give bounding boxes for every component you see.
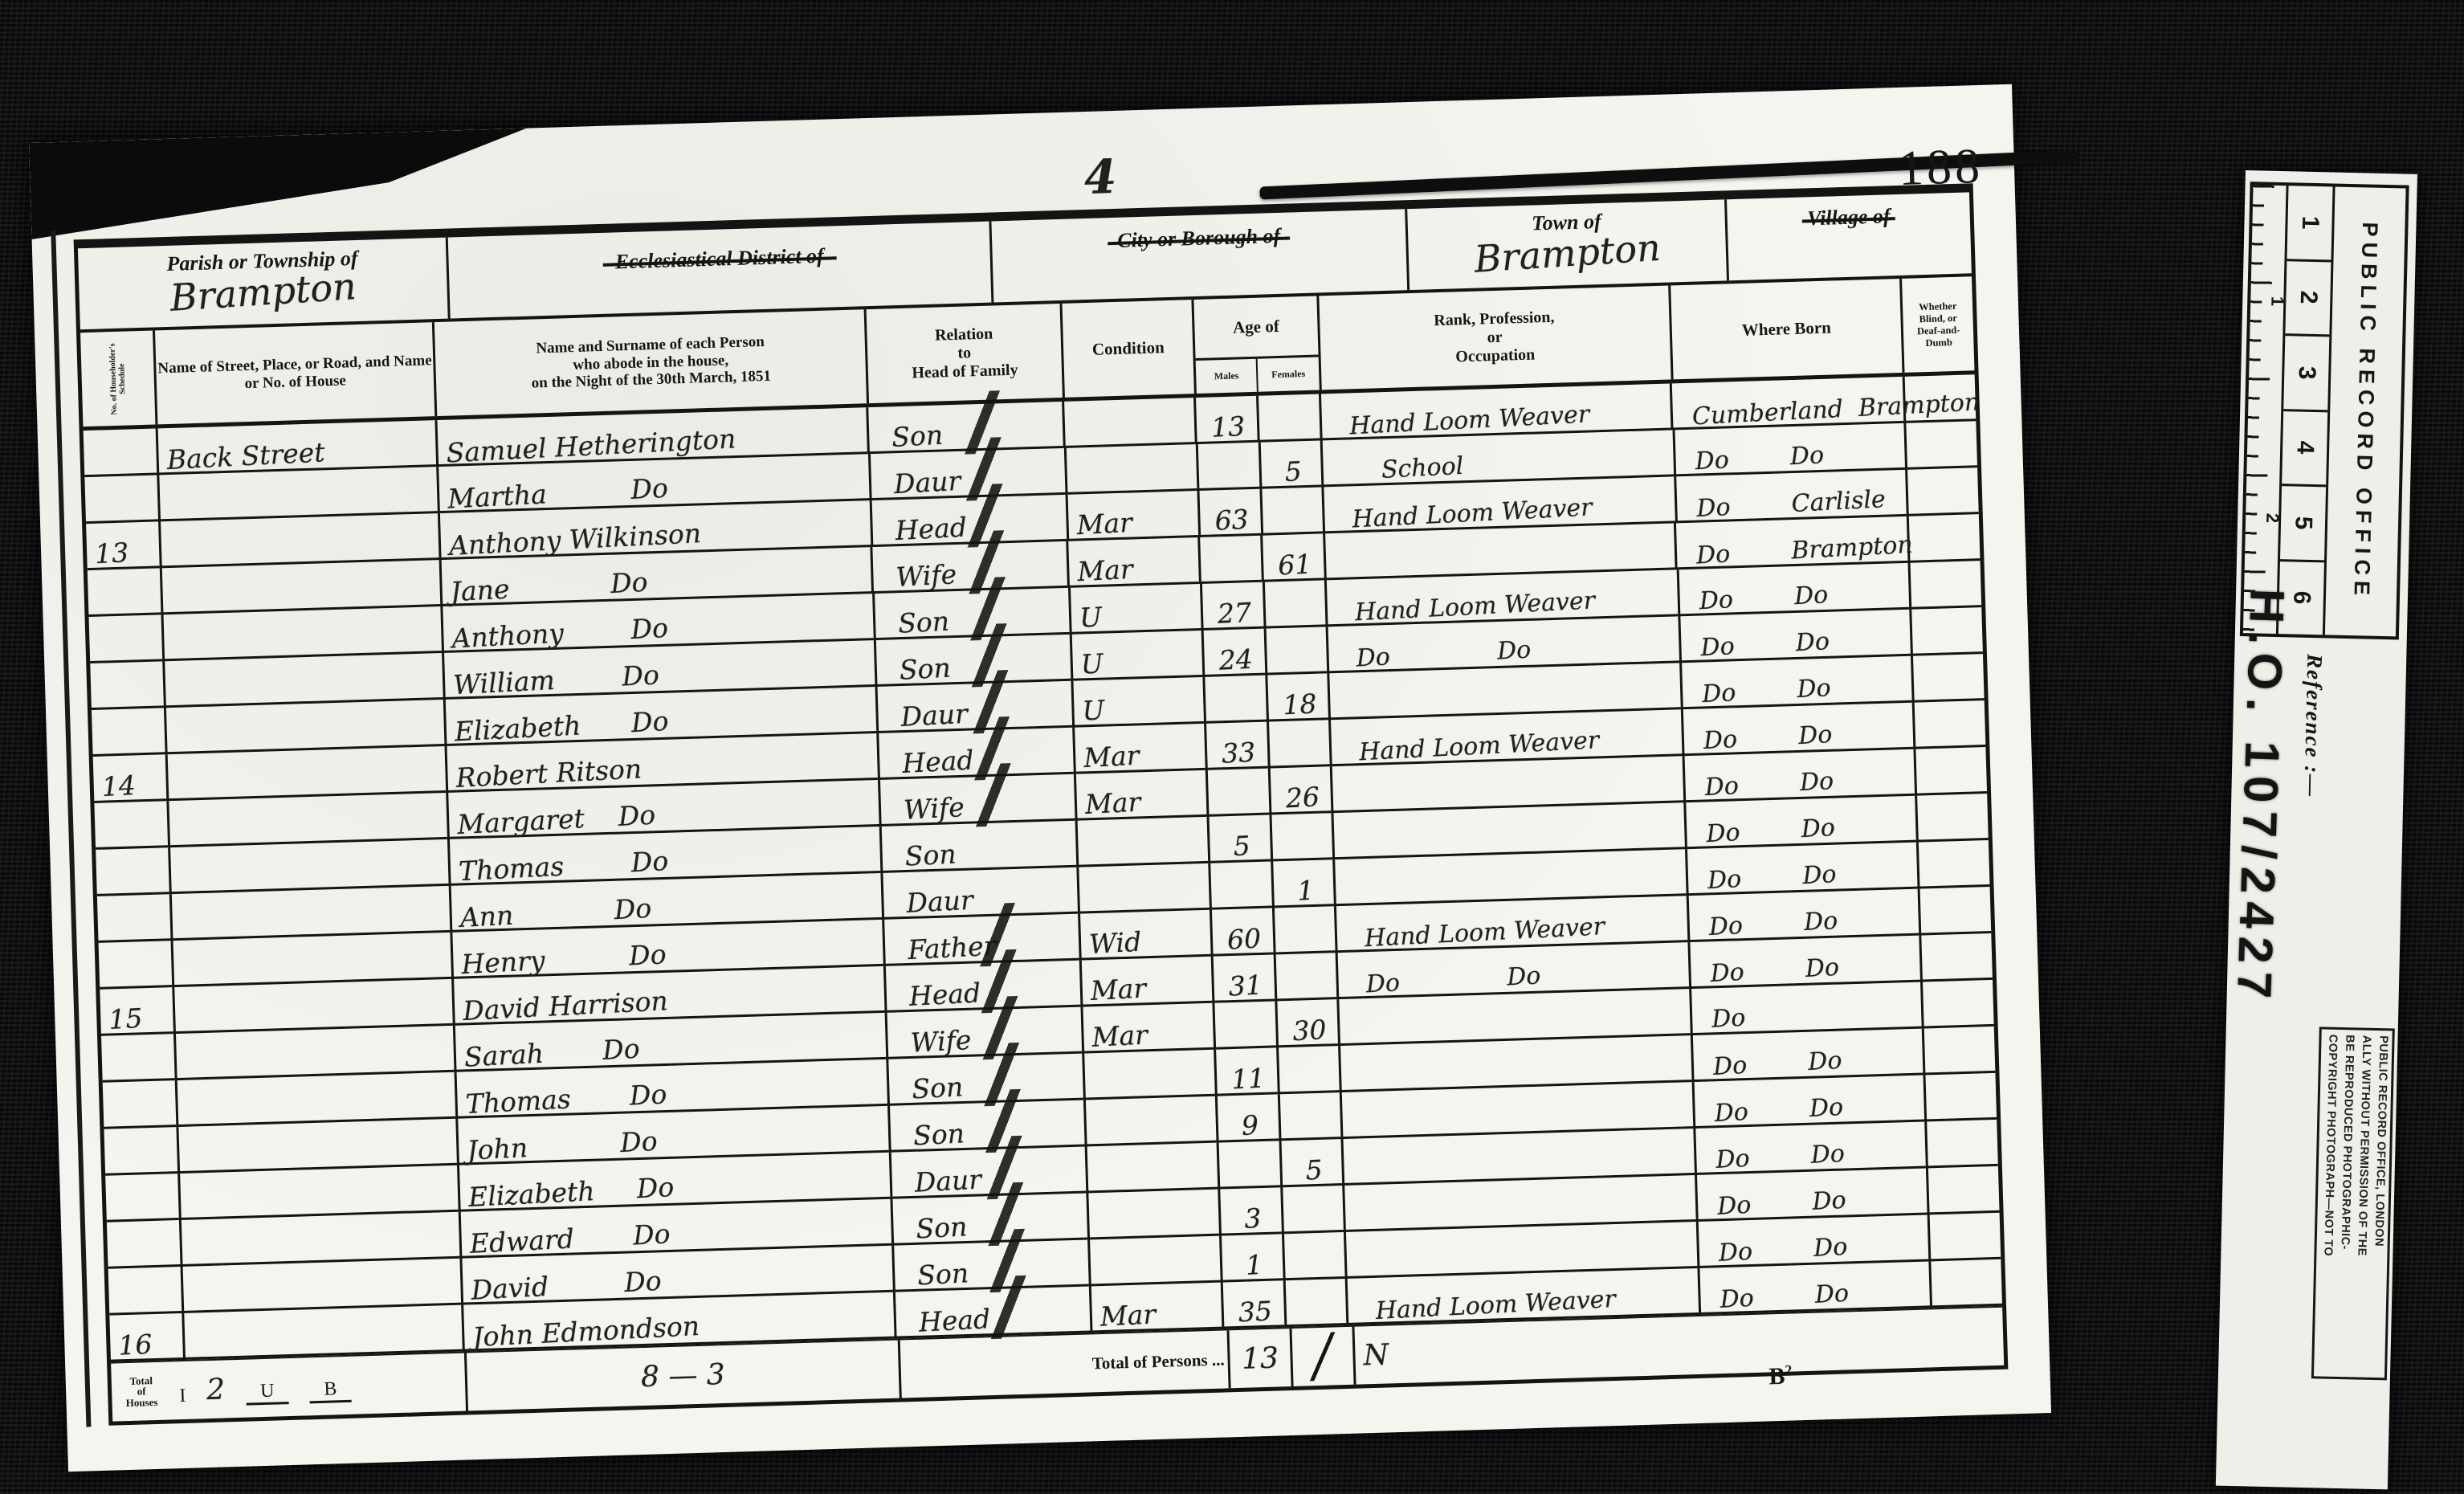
where-born: Do Do (1699, 583, 1829, 614)
col-age-subheaders: Males Females (1196, 354, 1320, 393)
where-born: Do (1711, 1006, 1746, 1032)
marital-condition: Mar (1083, 742, 1140, 771)
person-name: Henry Do (461, 941, 667, 978)
ecclesiastical-label: Ecclesiastical District of (448, 239, 990, 280)
relation-to-head: Son (899, 655, 951, 684)
where-born: Do Do (1699, 630, 1830, 660)
age-female: 5 (1304, 1157, 1323, 1184)
where-born: Do Do (1703, 723, 1833, 753)
age-male: 5 (1233, 832, 1251, 859)
marital-condition: Mar (1077, 556, 1134, 585)
person-name: Robert Ritson (455, 755, 643, 791)
reference-label: Reference :— (2299, 654, 2327, 798)
age-male: 13 (1211, 413, 1246, 441)
village-cell: Village of (1724, 192, 1972, 280)
age-male: 33 (1222, 739, 1257, 767)
town-cell: Town of Brampton (1405, 199, 1727, 290)
age-female: 18 (1283, 690, 1318, 718)
where-born: Do Do (1719, 1282, 1849, 1312)
marital-condition: Mar (1084, 789, 1141, 818)
parish-cell: Parish or Township of Brampton (78, 238, 448, 330)
person-name: Ann Do (459, 895, 652, 931)
total-houses-label: Total of Houses (115, 1374, 169, 1409)
person-name: Edward Do (469, 1220, 671, 1257)
relation-to-head: Wife (903, 794, 965, 823)
col-where-born: Where Born (1668, 279, 1903, 380)
total-persons-label: Total of Persons ... (898, 1330, 1229, 1398)
total-persons-value-cell: 13 (1227, 1329, 1291, 1388)
occupation: Hand Loom Weaver (1376, 1288, 1617, 1324)
houses-handwritten-count: 2 (206, 1373, 226, 1406)
age-male: 63 (1214, 506, 1250, 534)
where-born: Do Do (1705, 816, 1835, 847)
age-female: 1 (1296, 877, 1315, 904)
person-name: Elizabeth Do (454, 708, 669, 745)
relation-to-head: Son (891, 422, 944, 451)
relation-to-head: Son (915, 1213, 967, 1242)
col-condition: Condition (1059, 300, 1194, 398)
printer-mark: B2 (1768, 1362, 1793, 1391)
col-age-females: Females (1256, 357, 1319, 391)
where-born: Do Do (1708, 909, 1838, 940)
relation-to-head: Head (895, 514, 968, 544)
relation-to-head: Daur (900, 700, 968, 730)
person-name: Sarah Do (463, 1035, 640, 1071)
person-name: David Harrison (463, 987, 669, 1024)
occupation: Do Do (1356, 639, 1532, 671)
city-borough-cell: City or Borough of (989, 209, 1408, 302)
occupation: Do Do (1366, 964, 1542, 997)
marital-condition: U (1080, 650, 1103, 677)
relation-to-head: Son (912, 1120, 965, 1149)
relation-to-head: Daur (914, 1166, 982, 1196)
total-houses-values: I 2 U B (179, 1369, 352, 1406)
col-age-group: Age of Males Females (1192, 296, 1320, 394)
age-male: 3 (1243, 1205, 1262, 1232)
census-form: Parish or Township of Brampton Ecclesias… (74, 183, 2009, 1426)
total-persons-value: 13 (1242, 1341, 1279, 1375)
col-blind-deaf: Whether Blind, or Deaf-and- Dumb (1899, 276, 1974, 373)
marital-condition: Mar (1076, 509, 1133, 538)
check-mark: N (1363, 1338, 1389, 1372)
relation-to-head: Father (907, 933, 997, 964)
relation-to-head: Head (908, 979, 981, 1009)
age-male: 31 (1228, 971, 1263, 999)
person-name: Thomas Do (465, 1080, 667, 1117)
where-born: Do Do (1709, 956, 1839, 986)
where-born: Do Do (1704, 769, 1834, 800)
person-name: Margaret Do (457, 802, 656, 838)
reference-number-stamp: H.O. 107/2427 (2226, 588, 2295, 1007)
where-born: Do Do (1718, 1235, 1848, 1266)
person-name: William Do (453, 661, 660, 698)
table-body: Back Street Samuel Hetherington Son 13 H… (84, 374, 2002, 1361)
census-page-scan: 4 188 Parish or Township of Brampton Ecc… (29, 84, 2051, 1472)
age-male: 60 (1227, 925, 1263, 953)
age-male: 11 (1231, 1064, 1267, 1092)
relation-to-head: Daur (905, 887, 973, 916)
village-label: Village of (1728, 202, 1970, 233)
col-name-surname: Name and Surname of each Person who abod… (432, 309, 867, 416)
marital-condition: U (1079, 603, 1102, 631)
where-born: Do Do (1715, 1142, 1845, 1173)
where-born: Do Do (1716, 1189, 1846, 1219)
marital-condition: Mar (1099, 1300, 1157, 1329)
person-name: David Do (471, 1267, 663, 1304)
where-born: Do Carlisle (1695, 488, 1886, 521)
relation-to-head: Wife (895, 561, 957, 590)
where-born: Do Do (1712, 1049, 1842, 1080)
leaf-number: 4 (1083, 149, 1117, 205)
where-born: Do Do (1707, 863, 1837, 893)
age-male: 24 (1218, 646, 1254, 674)
marital-condition: Mar (1090, 975, 1147, 1004)
schedule-number: 14 (101, 772, 137, 800)
ruler-scale: 1 2 1 2 3 4 5 6 PUBLIC RECORD OFFICE (2240, 182, 2409, 639)
public-record-office-label: PUBLIC RECORD OFFICE (2325, 187, 2406, 637)
schedule-number: 13 (94, 539, 129, 567)
totals-handwritten-cell: 8 — 3 (464, 1341, 900, 1411)
person-name: John Edmondson (472, 1312, 700, 1350)
schedule-number: 16 (118, 1331, 153, 1359)
age-female: 26 (1285, 783, 1320, 811)
ruler-inch-label: 1 (2266, 296, 2287, 307)
col-age-label: Age of (1194, 296, 1318, 358)
relation-to-head: Son (904, 841, 957, 870)
age-male: 35 (1238, 1297, 1273, 1325)
person-name: Thomas Do (458, 847, 669, 884)
copyright-notice: COPYRIGHT PHOTOGRAPH—NOT TO BE REPRODUCE… (2311, 1027, 2395, 1380)
relation-to-head: Son (916, 1259, 969, 1288)
where-born: Do Do (1694, 443, 1824, 474)
relation-to-head: Daur (893, 467, 961, 497)
relation-to-head: Head (918, 1305, 991, 1335)
age-male: 9 (1241, 1112, 1259, 1139)
where-born: Do Do (1701, 676, 1831, 707)
relation-to-head: Wife (910, 1027, 972, 1056)
col-age-males: Males (1196, 359, 1257, 394)
totals-handwritten: 8 — 3 (640, 1357, 725, 1393)
age-male: 27 (1218, 599, 1253, 627)
relation-to-head: Head (901, 747, 974, 777)
person-name: Elizabeth Do (467, 1174, 675, 1210)
where-born: Do Do (1714, 1096, 1844, 1126)
marital-condition: Mar (1091, 1021, 1148, 1050)
ruler-inch-label: 2 (2262, 513, 2282, 524)
microfilm-background: { "page": { "leaf_number": "4", "folio_n… (0, 0, 2464, 1494)
person-name: Martha Do (447, 475, 669, 512)
age-male: 1 (1245, 1251, 1263, 1279)
ecclesiastical-cell: Ecclesiastical District of (446, 222, 992, 319)
street-name: Back Street (166, 439, 325, 473)
person-name: Jane Do (450, 569, 648, 605)
total-houses-cell: Total of Houses I 2 U B (111, 1353, 466, 1422)
col-street: Name of Street, Place, or Road, and Name… (153, 322, 435, 424)
marital-condition: U (1081, 696, 1104, 724)
relation-to-head: Son (897, 608, 949, 637)
col-relation: Relation to Head of Family (864, 304, 1063, 403)
houses-uninhabited-letter: U (246, 1380, 289, 1406)
age-female: 30 (1292, 1016, 1328, 1044)
occupation: School (1351, 455, 1465, 484)
pro-reference-strip: 1 2 1 2 3 4 5 6 PUBLIC RECORD OFFICE Ref… (2216, 170, 2417, 1489)
relation-to-head: Son (911, 1073, 963, 1102)
col-schedule-number: No. of Householder's Schedule (80, 331, 155, 427)
col-occupation: Rank, Profession, or Occupation (1316, 286, 1671, 390)
person-name: John Do (467, 1128, 659, 1164)
person-name: Anthony Do (451, 614, 669, 652)
age-female: 61 (1278, 550, 1313, 578)
city-borough-label: City or Borough of (992, 220, 1405, 256)
schedule-number: 15 (108, 1005, 144, 1033)
houses-building-letter: B (309, 1378, 352, 1403)
scan-shadow-wedge (29, 129, 529, 239)
age-female: 5 (1284, 458, 1303, 485)
marital-condition: Wid (1088, 929, 1142, 957)
houses-inhabited-letter: I (179, 1385, 186, 1406)
tally-slash-cell (1289, 1327, 1353, 1386)
